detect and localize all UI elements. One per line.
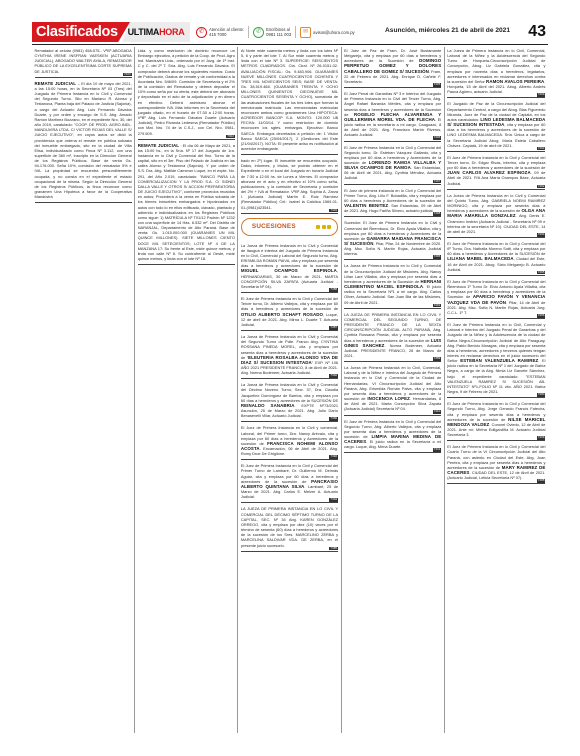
contact-whatsapp-number[interactable]: 0981 111 003 (266, 32, 291, 37)
classified-notice: El Juzgado de Paz de la Circunscripción … (447, 100, 545, 151)
notice-code: 7493 (537, 147, 546, 151)
notice-name: APARICIO FAVÓN Y VENANCIA VAZQUEZ VDA DE… (447, 294, 545, 304)
classified-notice: El Juez de Primera Instancia en lo Civil… (241, 424, 338, 460)
notice-name: ESTEBAN VALENZUELA RAMIREZ (460, 358, 538, 363)
classified-notice: La Jueza de Primera Instancia en lo Civi… (241, 333, 338, 379)
classified-notice: El Juez de Primera Instancia en lo Civil… (344, 144, 441, 185)
notice-name: LINO LEDESMA BALMACEDA S/ SUCESION INTES… (447, 117, 545, 127)
notice-heading: REMATE JUDICIAL (35, 81, 78, 86)
notice-name: ELEUTERIA ROSALBA ALONSO VDA DE DIAZ S/ … (241, 355, 338, 365)
classified-notice: bado en 2º) lugar. El inmueble se encuen… (241, 157, 338, 214)
newspaper-page: Clasificados ULTIMAHORA ✆ Atención al cl… (32, 22, 548, 734)
notice-name: JUAN CARLOS ALVAREZ ESPINOZA (447, 170, 531, 175)
notice-code: 7488 (329, 288, 338, 292)
email-icon: ✉ (300, 27, 311, 38)
dateline: Asunción, miércoles 21 de abril de 2021 (385, 27, 510, 34)
column-2: Ltda. y como restricción de dominio reco… (135, 47, 238, 733)
notice-name: NILSE MARICEL MENDOZA VALDEZ (447, 417, 545, 427)
classified-notice: LA JUEZA DE PRIMERA INSTANCIA EN LO CIVI… (241, 505, 338, 551)
logo-part-2: HORA (159, 27, 184, 37)
divider (248, 26, 249, 38)
notice-name: MARY RAMIREZ DE CACERES (447, 465, 545, 475)
notice-code: 7409 (537, 436, 546, 440)
notice-name: LORENZO RAMOA VILLALBA Y SILVIA OCAMPOS … (344, 160, 441, 170)
notice-code: 7408 (433, 212, 442, 216)
contact-phone: ✆ Atención al cliente:415 7000 ✆ Escribi… (196, 26, 355, 38)
notice-name: FRANCISCA NOHEMI ALONSO ACOSTA (241, 441, 338, 451)
notice-code: 7494 (329, 498, 338, 502)
notice-name: HERNANI CLEMENTINO MACIEL ESPINDOLA (344, 279, 441, 289)
notice-name: OLGA ANA MARIA AMARILLA GONZALEZ (447, 208, 545, 218)
notice-name: INOCENCIA LOPEZ (367, 396, 410, 401)
classified-notice: El Juez de Paz de Fram, Dr. José Bustama… (344, 47, 441, 88)
notice-name: VALENTIN BENITEZ (344, 203, 388, 208)
notice-code: 7488 (537, 479, 546, 483)
classifieds-columns: Rematador al celular (0981) 458-575.- Vº… (32, 47, 548, 733)
classified-notice: La Jueza de Primera Instancia en lo Civi… (447, 47, 545, 98)
notice-name: OTILIO ALBERTO SCHAFT ROSADO (241, 312, 323, 317)
notice-code: 7402 (226, 135, 235, 139)
notice-code: 7411 (433, 448, 441, 452)
divider (295, 26, 296, 38)
phone-icon: ✆ (196, 27, 207, 38)
notice-name: ROGELIO FLECHA ALVARENGA Y GUILLERMINA M… (344, 112, 441, 122)
notice-heading: REMATE JUDICIAL (138, 143, 181, 148)
notice-name: LILIANA MABEL BALMACEDA (447, 256, 513, 261)
classified-notice: Rematador al celular (0981) 458-575.- Vº… (35, 47, 132, 78)
classified-notice: El Juez de Primera Instancia en lo Civil… (447, 240, 545, 276)
notice-code: 7403 (329, 209, 338, 213)
notice-code: 7489 (433, 357, 442, 361)
notice-name: REINALDO SANABRIA (241, 403, 295, 408)
classified-notice: La Jueza de Primera Instancia en lo Civi… (344, 364, 441, 415)
notice-code: 7407 (433, 180, 442, 184)
notice-code: 7406 (433, 136, 442, 140)
notice-name: LIMPIA MARINA MEDINA DE CACERES (344, 434, 441, 444)
ultimahora-logo[interactable]: ULTIMAHORA (122, 22, 190, 42)
column-1: Rematador al celular (0981) 458-575.- Vº… (32, 47, 135, 733)
notice-code: 7492 (329, 455, 338, 459)
section-label: SUCESIONES (252, 223, 296, 230)
classified-notice: La Jueza de Primera Instancia en lo Civi… (344, 262, 441, 308)
column-4: El Juez de Paz de Fram, Dr. José Bustama… (342, 47, 445, 733)
notice-code: 7496 (433, 255, 442, 259)
header-rule (32, 44, 548, 45)
sucesiones-section-header: SUCESIONES (241, 218, 338, 236)
notice-code: 7492 (537, 185, 546, 189)
classified-notice: El Juez de primera instancia en lo Civil… (344, 187, 441, 218)
logo-part-1: ULTIMA (128, 27, 160, 37)
classified-notice: El Juez de Primera Instancia en lo Civil… (447, 321, 545, 398)
classified-notice: Sucesión: El Juez de Primera Instancia e… (344, 219, 441, 260)
notice-name: LUIS GINES SANCHEZ (344, 338, 441, 348)
notice-name: GAMARRA MAIDANA FRANCISCA S/ SUCESIÓN (344, 236, 441, 246)
notice-code: 7490 (329, 417, 338, 421)
notice-code: 7496 (537, 314, 546, 318)
classified-notice: La Jueza de Primera Instancia en lo Civi… (447, 192, 545, 238)
classified-notice: LA JUEZA DE PRIMERA INSTANCIA EN LO CIVI… (344, 311, 441, 362)
classified-notice: El Juez de Primera Instancia en lo Civil… (447, 154, 545, 190)
classified-notice: El Juez de Primera Instancia en lo Civil… (241, 295, 338, 331)
classified-notice: La Jueza de Primera Instancia en lo Civi… (241, 381, 338, 422)
contact-phone-number[interactable]: 415 7000 (209, 32, 226, 37)
notice-code: 7403 (123, 73, 132, 77)
notice-code: 7409 (537, 93, 546, 97)
classified-notice: El Juez de Primera Instancia en lo Civil… (241, 462, 338, 503)
notice-code: 7405 (433, 83, 442, 87)
notice-name: RAMON AVALOS PEREIRA (486, 79, 544, 84)
classified-notice: El Juez Penal de Garantías Nº 3 e Interi… (344, 90, 441, 141)
classified-notice: La Jueza de Primera Instancia en lo Civi… (241, 242, 338, 293)
classified-notice: Al Norte mide cuarenta metros y linda co… (241, 47, 338, 155)
notice-name: MIGUEL OCAMPOS ESPINOLA (241, 268, 337, 273)
classified-notice: El Juez de Primera Instancia en lo Civil… (447, 443, 545, 484)
notice-code: 7495 (537, 271, 546, 275)
notice-code: 7485 (329, 547, 338, 551)
classified-notice: El Juez de Primera Instancia en lo Civil… (344, 418, 441, 454)
notice-code: 7492 (329, 374, 338, 378)
classified-notice: REMATE JUDICIAL : El día 06 de Mayo de 2… (138, 142, 235, 266)
page-header: Clasificados ULTIMAHORA ✆ Atención al cl… (32, 22, 548, 42)
classified-notice: El Juez de Primera Instancia en lo Civil… (447, 400, 545, 441)
notice-code: 7492 (433, 304, 442, 308)
notice-name: PANCRASIO ALBERTO QUINTANA SILVA (241, 479, 338, 489)
notice-code: 7493 (537, 233, 546, 237)
classified-notice: Ltda. y como restricción de dominio reco… (138, 47, 235, 140)
section-title: Clasificados (32, 22, 130, 42)
classified-notice: REMATE JUDICIAL – El día 10 de mayo del … (35, 80, 132, 204)
classified-notice: El Juez de Primera Instancia en lo Civil… (447, 278, 545, 319)
notice-code: 7480 (537, 393, 546, 397)
page-number: 43 (528, 23, 546, 41)
notice-name: DOMINGO PERPETUO GOMEZ Y DOLORES CABALLE… (344, 58, 441, 73)
notice-code: 7410 (433, 410, 442, 414)
column-3: Al Norte mide cuarenta metros y linda co… (238, 47, 341, 733)
contact-email[interactable]: avisos@uhora.com.py (313, 30, 355, 35)
whatsapp-icon: ✆ (253, 27, 264, 38)
family-tree-icon (316, 225, 331, 229)
column-5: La Jueza de Primera Instancia en lo Civi… (445, 47, 548, 733)
notice-code: 7487 (329, 326, 338, 330)
